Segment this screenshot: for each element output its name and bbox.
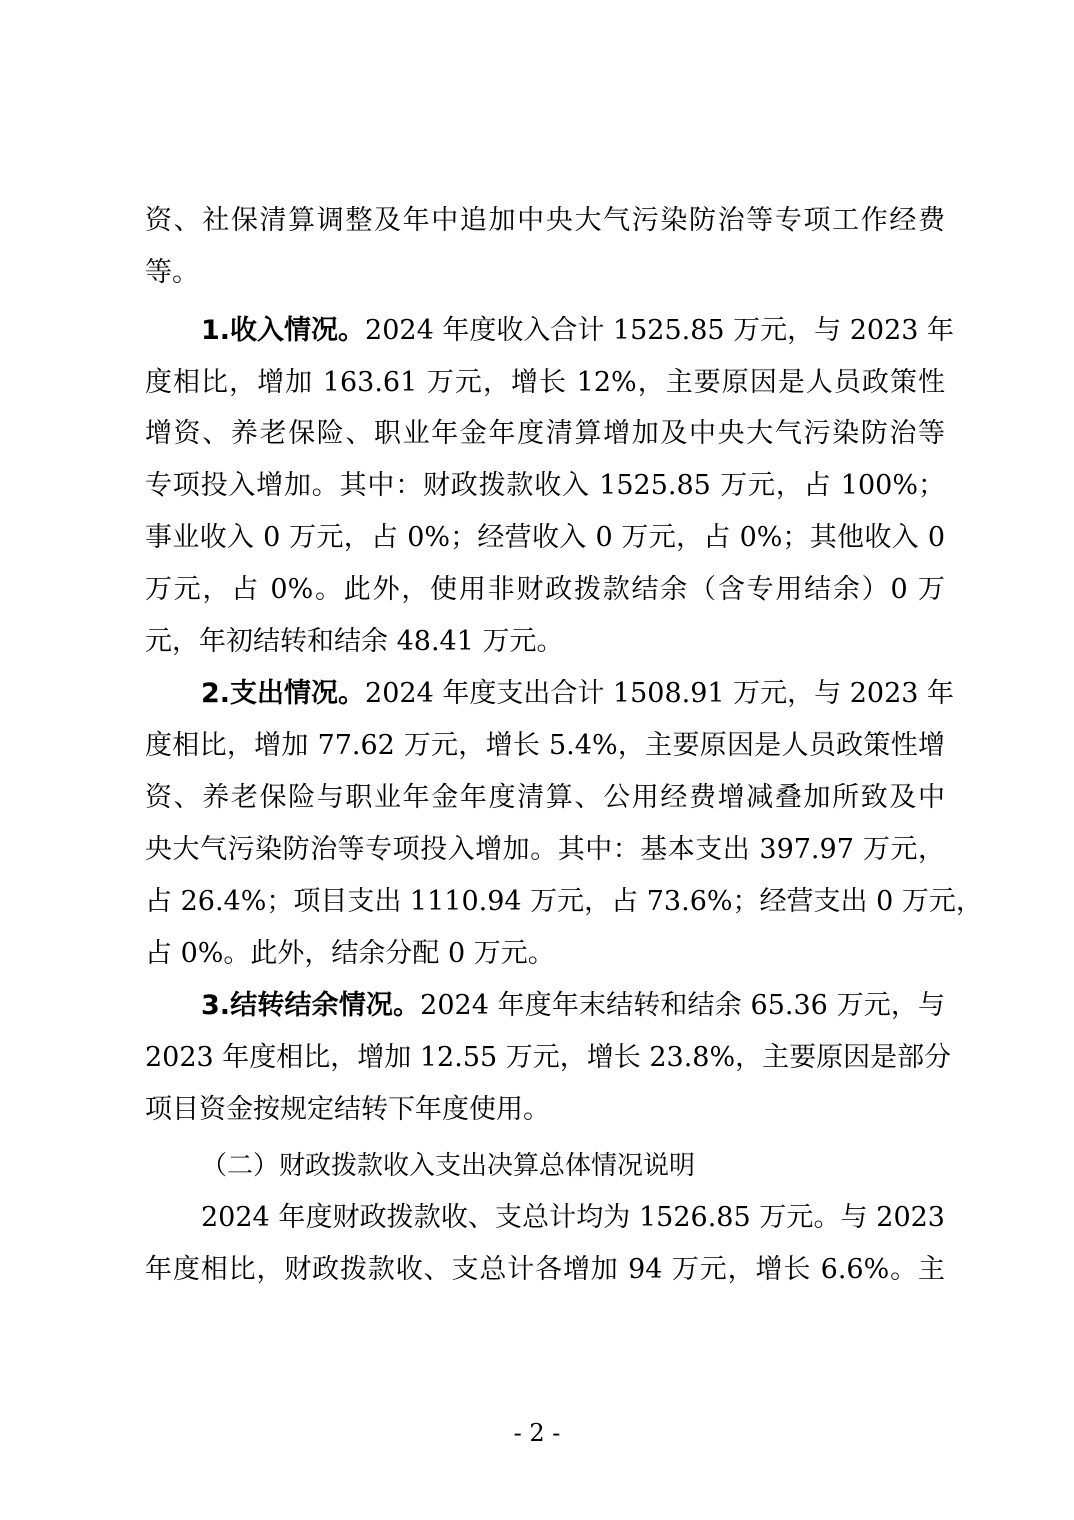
paragraph-line: 年度相比，财政拨款收、支总计各增加 94 万元，增长 6.6%。主 [145, 1250, 945, 1290]
paragraph-line: 央大气污染防治等专项投入增加。其中：基本支出 397.97 万元， [145, 830, 945, 870]
paragraph-line: 2023 年度相比，增加 12.55 万元，增长 23.8%，主要原因是部分 [145, 1038, 945, 1078]
income-paragraph-first-line: 1.收入情况。2024 年度收入合计 1525.85 万元，与 2023 年 [201, 311, 945, 351]
paragraph-line: 增资、养老保险、职业年金年度清算增加及中央大气污染防治等 [145, 414, 945, 454]
expenditure-paragraph-first-line: 2.支出情况。2024 年度支出合计 1508.91 万元，与 2023 年 [201, 674, 945, 714]
paragraph-line: 万元，占 0%。此外，使用非财政拨款结余（含专用结余）0 万 [145, 570, 945, 610]
paragraph-line: 资、养老保险与职业年金年度清算、公用经费增减叠加所致及中 [145, 778, 945, 818]
paragraph-line: 占 0%。此外，结余分配 0 万元。 [145, 934, 945, 974]
paragraph-line: 事业收入 0 万元，占 0%；经营收入 0 万元，占 0%；其他收入 0 [145, 518, 945, 558]
paragraph-line: 元，年初结转和结余 48.41 万元。 [145, 622, 945, 662]
income-heading: 1.收入情况。 [201, 315, 365, 346]
page-number: - 2 - [0, 1418, 1074, 1448]
paragraph-line: 项目资金按规定结转下年度使用。 [145, 1090, 945, 1130]
balance-heading: 3.结转结余情况。 [201, 990, 420, 1021]
income-line-0: 2024 年度收入合计 1525.85 万元，与 2023 年 [365, 315, 954, 346]
paragraph-line: 等。 [145, 253, 945, 293]
balance-paragraph-first-line: 3.结转结余情况。2024 年度年末结转和结余 65.36 万元，与 [201, 986, 945, 1026]
paragraph-line: 2024 年度财政拨款收、支总计均为 1526.85 万元。与 2023 [201, 1198, 945, 1238]
paragraph-line: 占 26.4%；项目支出 1110.94 万元，占 73.6%；经营支出 0 万… [145, 882, 945, 922]
paragraph-line: 专项投入增加。其中：财政拨款收入 1525.85 万元，占 100%； [145, 466, 945, 506]
expenditure-line-0: 2024 年度支出合计 1508.91 万元，与 2023 年 [365, 678, 954, 709]
paragraph-line: 资、社保清算调整及年中追加中央大气污染防治等专项工作经费 [145, 201, 945, 241]
paragraph-line: 度相比，增加 163.61 万元，增长 12%，主要原因是人员政策性 [145, 363, 945, 403]
document-page: 资、社保清算调整及年中追加中央大气污染防治等专项工作经费 等。 1.收入情况。2… [0, 0, 1074, 1520]
expenditure-heading: 2.支出情况。 [201, 678, 365, 709]
paragraph-line: 度相比，增加 77.62 万元，增长 5.4%，主要原因是人员政策性增 [145, 726, 945, 766]
balance-line-0: 2024 年度年末结转和结余 65.36 万元，与 [420, 990, 945, 1021]
section-heading: （二）财政拨款收入支出决算总体情况说明 [201, 1146, 695, 1186]
